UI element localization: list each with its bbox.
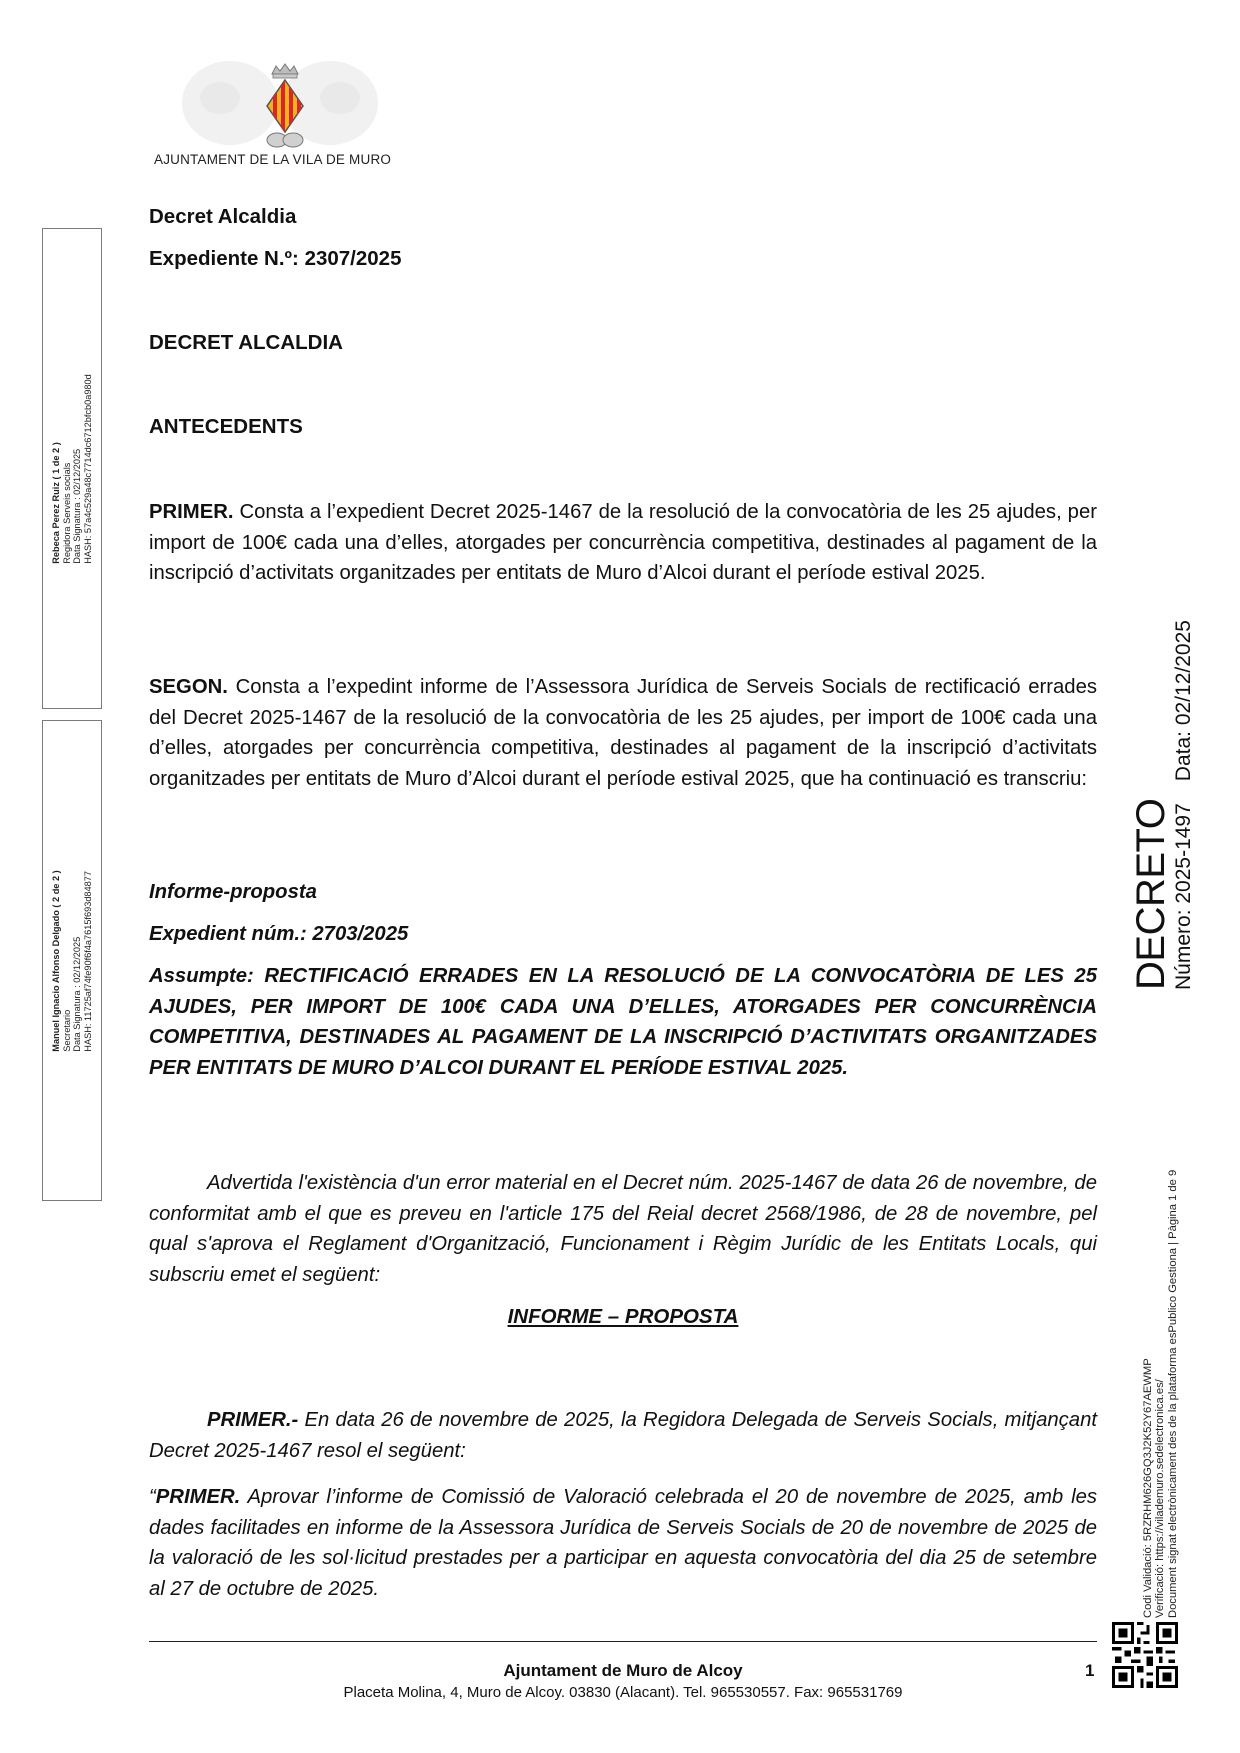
footer-address: Placeta Molina, 4, Muro de Alcoy. 03830 … [149, 1684, 1097, 1701]
validation-code: Codi Validació: 5RZRHM626GQ3J2K52Y67AEWM… [1142, 1170, 1154, 1618]
signer-name: Rebeca Perez Ruiz ( 1 de 2 ) [51, 374, 62, 564]
validation-info: Codi Validació: 5RZRHM626GQ3J2K52Y67AEWM… [1142, 1170, 1179, 1618]
platform-note: Document signat electrònicament des de l… [1167, 1170, 1179, 1618]
signature-hash: HASH: 57a4c529a48c7714dc6712bfcb0a980d [83, 374, 94, 564]
section-heading: ANTECEDENTS [149, 415, 303, 439]
segon-label: SEGON. [149, 676, 228, 698]
antecedent-primer: PRIMER. Consta a l’expedient Decret 2025… [149, 497, 1097, 589]
signature-details: Rebeca Perez Ruiz ( 1 de 2 ) Regidora Se… [51, 374, 93, 564]
signer-name: Manuel Ignacio Alfonso Delgado ( 2 de 2 … [51, 870, 62, 1051]
signer-role: Secretario [61, 870, 72, 1051]
informe-advertida: Advertida l'existència d'un error materi… [149, 1168, 1097, 1290]
footer-divider [149, 1641, 1097, 1642]
informe-expedient: Expedient núm.: 2703/2025 [149, 919, 1097, 950]
page-title: DECRET ALCALDIA [149, 331, 343, 355]
informe-heading: Informe-proposta [149, 877, 1097, 908]
signature-date: Data Signatura : 02/12/2025 [72, 870, 83, 1051]
signer-role: Regidora Serveis socials [61, 374, 72, 564]
signature-box-2: Manuel Ignacio Alfonso Delgado ( 2 de 2 … [42, 720, 102, 1201]
municipal-logo: AJUNTAMENT DE LA VILA DE MURO [150, 58, 420, 170]
footer-organization: Ajuntament de Muro de Alcoy [149, 1661, 1097, 1681]
decreto-meta: Número: 2025-1497Data: 02/12/2025 [1172, 598, 1196, 990]
decreto-number: Número: 2025-1497 [1172, 803, 1195, 990]
informe-primer: PRIMER.- En data 26 de novembre de 2025,… [149, 1405, 1097, 1466]
qr-code-icon[interactable] [1112, 1622, 1178, 1688]
informe-proposta-title: INFORME – PROPOSTA [149, 1305, 1097, 1329]
signature-details: Manuel Ignacio Alfonso Delgado ( 2 de 2 … [51, 870, 93, 1051]
signature-date: Data Signatura : 02/12/2025 [72, 374, 83, 564]
quote-text: Aprovar l’informe de Comissió de Valorac… [149, 1486, 1097, 1600]
decreto-label: DECRETO [1130, 598, 1172, 990]
primer-text: Consta a l’expedient Decret 2025-1467 de… [149, 501, 1097, 584]
antecedent-segon: SEGON. Consta a l’expedint informe de l’… [149, 672, 1097, 794]
quote-mark: “ [149, 1486, 156, 1508]
segon-text: Consta a l’expedint informe de l’Assesso… [149, 676, 1097, 790]
doc-type: Decret Alcaldia [149, 205, 296, 229]
primer-label: PRIMER. [149, 501, 234, 523]
signature-box-1: Rebeca Perez Ruiz ( 1 de 2 ) Regidora Se… [42, 228, 102, 709]
logo-text: AJUNTAMENT DE LA VILA DE MURO [154, 152, 391, 167]
quote-label: PRIMER. [156, 1486, 241, 1508]
page-number: 1 [1085, 1661, 1094, 1681]
decreto-stamp: DECRETO Número: 2025-1497Data: 02/12/202… [1130, 598, 1196, 990]
decreto-date: Data: 02/12/2025 [1172, 620, 1195, 781]
expediente-number: Expediente N.º: 2307/2025 [149, 247, 401, 271]
signature-hash: HASH: 11725af74fe90f6f4a7615f693d84877 [83, 870, 94, 1051]
coat-of-arms-icon [262, 62, 308, 148]
informe-primer-label: PRIMER.- [207, 1409, 298, 1431]
informe-assumpte: Assumpte: RECTIFICACIÓ ERRADES EN LA RES… [149, 961, 1097, 1083]
verification-url[interactable]: Verificació: https://vilademuro.sedelect… [1154, 1170, 1166, 1618]
quoted-resolution: “PRIMER. Aprovar l’informe de Comissió d… [149, 1482, 1097, 1604]
